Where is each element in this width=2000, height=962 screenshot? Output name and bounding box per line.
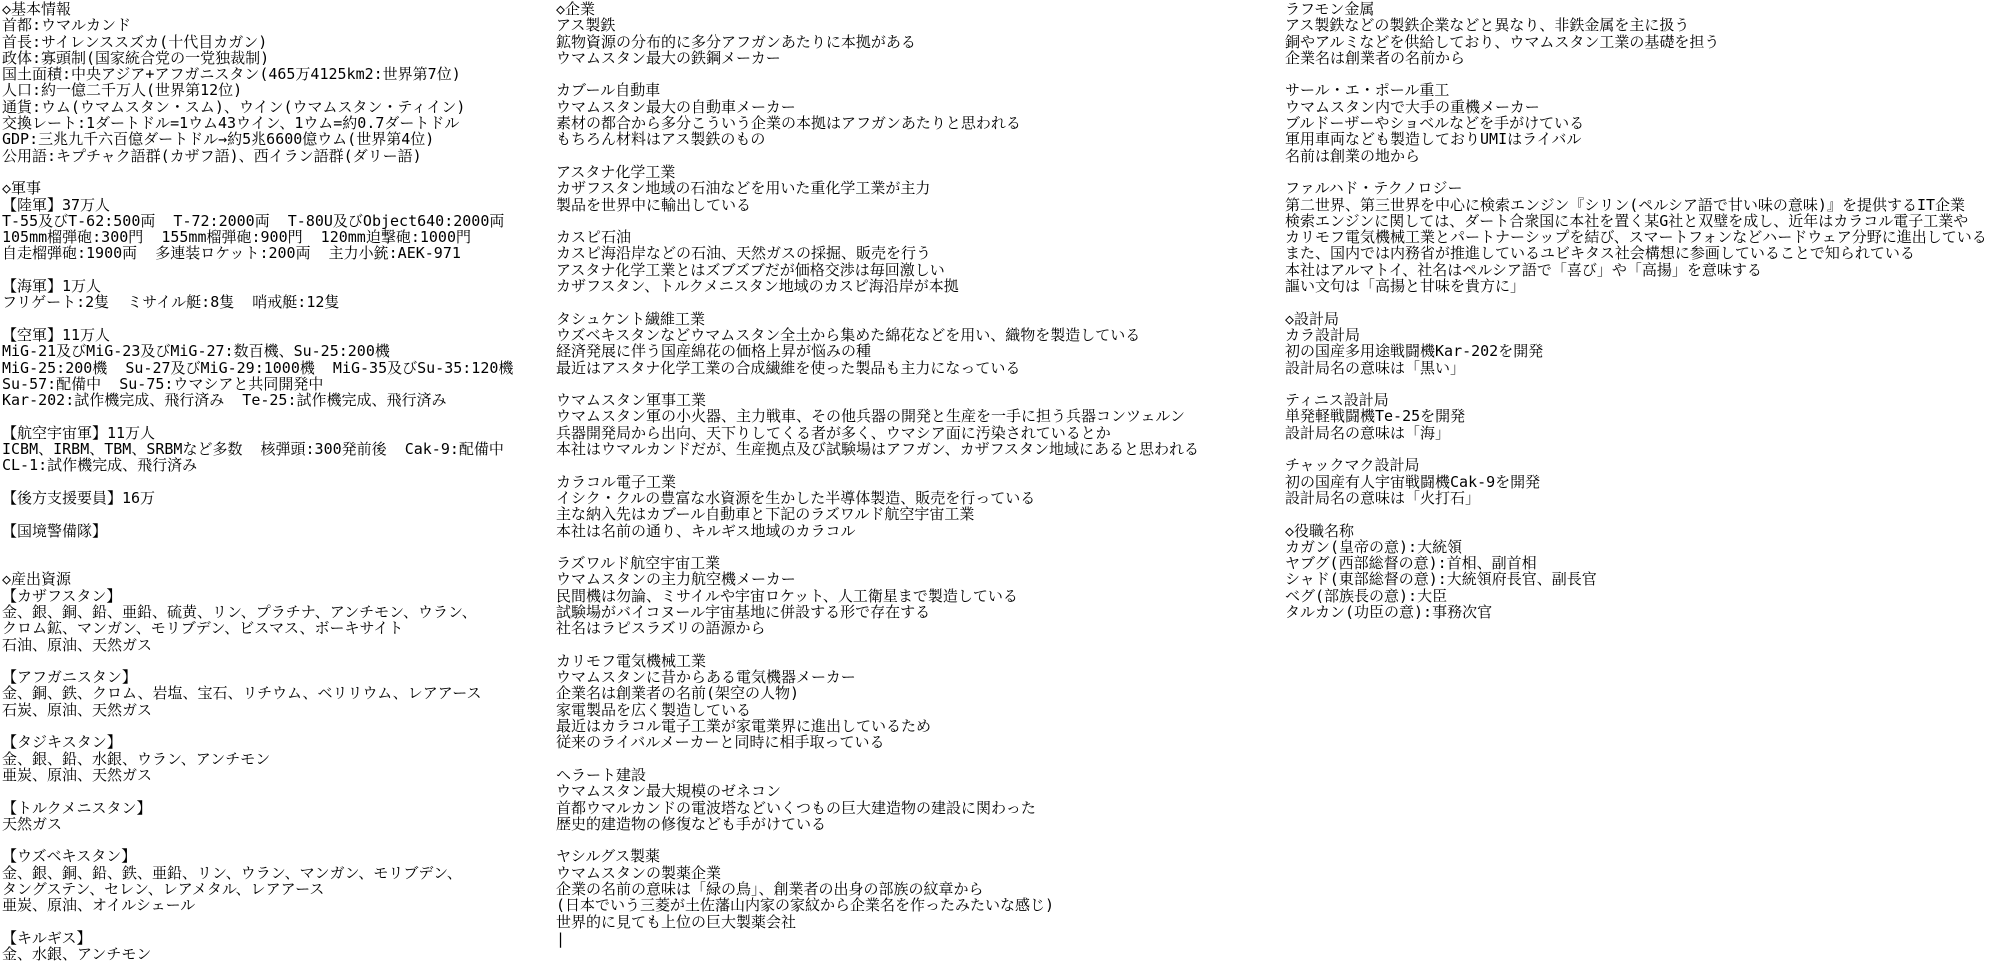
- text-column-left[interactable]: ◇基本情報 首都:ウマルカンド 首長:サイレンススズカ(十代目カガン) 政体:寡…: [2, 1, 513, 962]
- text-column-middle[interactable]: ◇企業 アス製鉄 鉱物資源の分布的に多分アフガンあたりに本拠がある ウマムスタン…: [556, 1, 1199, 930]
- text-cursor: |: [556, 931, 558, 947]
- text-document-page: ◇基本情報 首都:ウマルカンド 首長:サイレンススズカ(十代目カガン) 政体:寡…: [0, 0, 2000, 962]
- text-editor-area[interactable]: ◇基本情報 首都:ウマルカンド 首長:サイレンススズカ(十代目カガン) 政体:寡…: [0, 0, 2000, 962]
- text-column-right[interactable]: ラフモン金属 アス製鉄などの製鉄企業などと異なり、非鉄金属を主に扱う 銅やアルミ…: [1285, 1, 1987, 620]
